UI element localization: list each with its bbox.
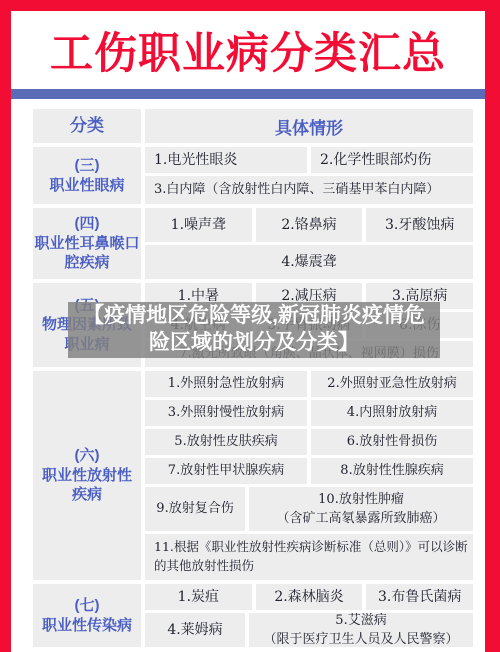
disease-cell: 4.莱姆病	[145, 613, 245, 647]
disease-cell: 4.爆震聋	[145, 245, 473, 279]
table-row: 3.外照射慢性放射病 4.内照射放射病	[145, 400, 473, 426]
disease-cell: 3.牙酸蚀病	[366, 208, 473, 242]
poster-page: 工伤职业病分类汇总 分类 具体情形 (三) 职业性眼病 1.电光性眼炎 2.化学…	[0, 0, 500, 652]
watermark-caption-overlay: 【疫情地区危险等级,新冠肺炎疫情危 险区域的划分及分类】	[68, 302, 440, 358]
table-row: 5.放射性皮肤疾病 6.放射性骨损伤	[145, 429, 473, 455]
table-row: 1.电光性眼炎 2.化学性眼部灼伤	[145, 147, 473, 173]
disease-cell: 6.放射性骨损伤	[311, 429, 473, 455]
section-infectious: (七) 职业性传染病 1.炭疽 2.森林脑炎 3.布鲁氏菌病 4.莱姆病 5.艾…	[33, 584, 473, 647]
section-radiation: (六) 职业性放射性 疾病 1.外照射急性放射病 2.外照射亚急性放射病 3.外…	[33, 371, 473, 580]
table-row: 1.外照射急性放射病 2.外照射亚急性放射病	[145, 371, 473, 397]
disease-cell: 3.布鲁氏菌病	[366, 584, 473, 610]
disease-cell: 1.外照射急性放射病	[145, 371, 307, 397]
classification-table: 分类 具体情形 (三) 职业性眼病 1.电光性眼炎 2.化学性眼部灼伤 3.白内…	[33, 109, 473, 647]
header-category: 分类	[33, 109, 141, 143]
disease-cell: 2.化学性眼部灼伤	[311, 147, 473, 173]
title-area: 工伤职业病分类汇总	[11, 11, 485, 89]
table-header-row: 分类 具体情形	[33, 109, 473, 143]
table-row: 11.根据《职业性放射性疾病诊断标准（总则）》可以诊断 的其他放射性损伤	[145, 534, 473, 580]
table-row: 7.放射性甲状腺疾病 8.放射性性腺疾病	[145, 458, 473, 484]
disease-cell: 8.放射性性腺疾病	[311, 458, 473, 484]
header-detail: 具体情形	[145, 109, 473, 143]
category-label: (三) 职业性眼病	[33, 147, 141, 204]
table-row: 4.莱姆病 5.艾滋病 （限于医疗卫生人员及人民警察）	[145, 613, 473, 647]
disease-cell: 2.外照射亚急性放射病	[311, 371, 473, 397]
section-eye-disease: (三) 职业性眼病 1.电光性眼炎 2.化学性眼部灼伤 3.白内障（含放射性白内…	[33, 147, 473, 204]
table-row: 9.放射复合伤 10.放射性肿瘤 （含矿工高氡暴露所致肺癌）	[145, 487, 473, 531]
overlay-line: 【疫情地区危险等级,新冠肺炎疫情危	[83, 303, 425, 330]
category-label: (四) 职业性耳鼻喉口 腔疾病	[33, 208, 141, 279]
category-label: (七) 职业性传染病	[33, 584, 141, 647]
disease-cell: 1.噪声聋	[145, 208, 252, 242]
disease-cell: 10.放射性肿瘤 （含矿工高氡暴露所致肺癌）	[249, 487, 473, 531]
disease-cell: 3.外照射慢性放射病	[145, 400, 307, 426]
disease-cell: 2.森林脑炎	[256, 584, 363, 610]
disease-cell: 7.放射性甲状腺疾病	[145, 458, 307, 484]
disease-cell: 2.铬鼻病	[256, 208, 363, 242]
disease-cell: 11.根据《职业性放射性疾病诊断标准（总则）》可以诊断 的其他放射性损伤	[145, 534, 473, 580]
title-divider-bar	[11, 89, 485, 99]
category-label: (六) 职业性放射性 疾病	[33, 371, 141, 580]
disease-cell: 1.炭疽	[145, 584, 252, 610]
table-row: 1.噪声聋 2.铬鼻病 3.牙酸蚀病	[145, 208, 473, 242]
disease-cell: 3.白内障（含放射性白内障、三硝基甲苯白内障）	[145, 176, 473, 204]
page-title: 工伤职业病分类汇总	[50, 20, 446, 81]
section-ent-oral: (四) 职业性耳鼻喉口 腔疾病 1.噪声聋 2.铬鼻病 3.牙酸蚀病 4.爆震聋	[33, 208, 473, 279]
table-row: 3.白内障（含放射性白内障、三硝基甲苯白内障）	[145, 176, 473, 204]
disease-cell: 4.内照射放射病	[311, 400, 473, 426]
disease-cell: 5.放射性皮肤疾病	[145, 429, 307, 455]
disease-cell: 1.电光性眼炎	[145, 147, 307, 173]
disease-cell: 5.艾滋病 （限于医疗卫生人员及人民警察）	[249, 613, 473, 647]
disease-cell: 9.放射复合伤	[145, 487, 245, 531]
table-row: 4.爆震聋	[145, 245, 473, 279]
table-row: 1.炭疽 2.森林脑炎 3.布鲁氏菌病	[145, 584, 473, 610]
overlay-line: 险区域的划分及分类】	[149, 330, 359, 357]
